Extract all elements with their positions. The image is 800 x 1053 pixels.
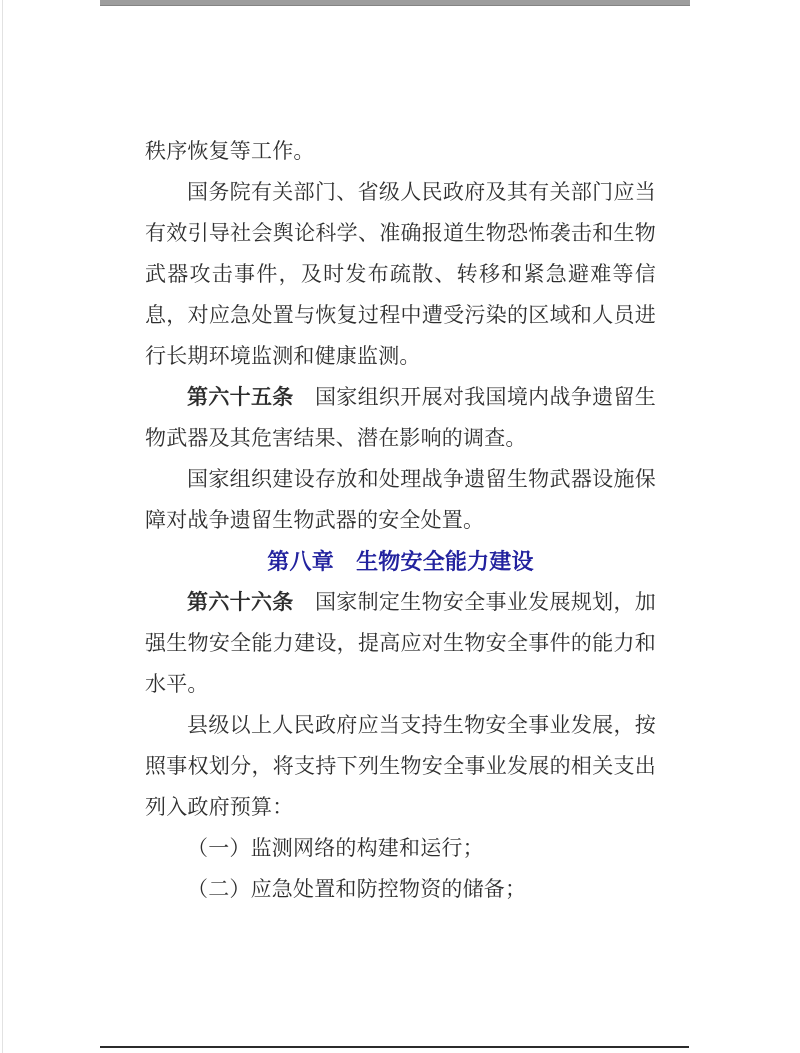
document-body: 秩序恢复等工作。国务院有关部门、省级人民政府及其有关部门应当有效引导社会舆论科学… [145, 131, 656, 910]
page-left-edge [2, 0, 3, 1053]
paragraph: （二）应急处置和防控物资的储备； [145, 869, 656, 910]
paragraph: 国家组织建设存放和处理战争遗留生物武器设施保障对战争遗留生物武器的安全处置。 [145, 459, 656, 541]
paragraph: 国务院有关部门、省级人民政府及其有关部门应当有效引导社会舆论科学、准确报道生物恐… [145, 172, 656, 377]
page-bottom-border [100, 1046, 689, 1048]
paragraph: 第六十五条 国家组织开展对我国境内战争遗留生物武器及其危害结果、潜在影响的调查。 [145, 377, 656, 459]
paragraph: 县级以上人民政府应当支持生物安全事业发展，按照事权划分，将支持下列生物安全事业发… [145, 705, 656, 828]
article-number: 第六十五条 [187, 386, 294, 409]
article-number: 第六十六条 [187, 591, 294, 614]
chapter-heading: 第八章 生物安全能力建设 [145, 541, 656, 582]
paragraph: 秩序恢复等工作。 [145, 131, 656, 172]
page-separator-bar [100, 0, 690, 6]
paragraph: 第六十六条 国家制定生物安全事业发展规划，加强生物安全能力建设，提高应对生物安全… [145, 582, 656, 705]
paragraph: （一）监测网络的构建和运行； [145, 828, 656, 869]
